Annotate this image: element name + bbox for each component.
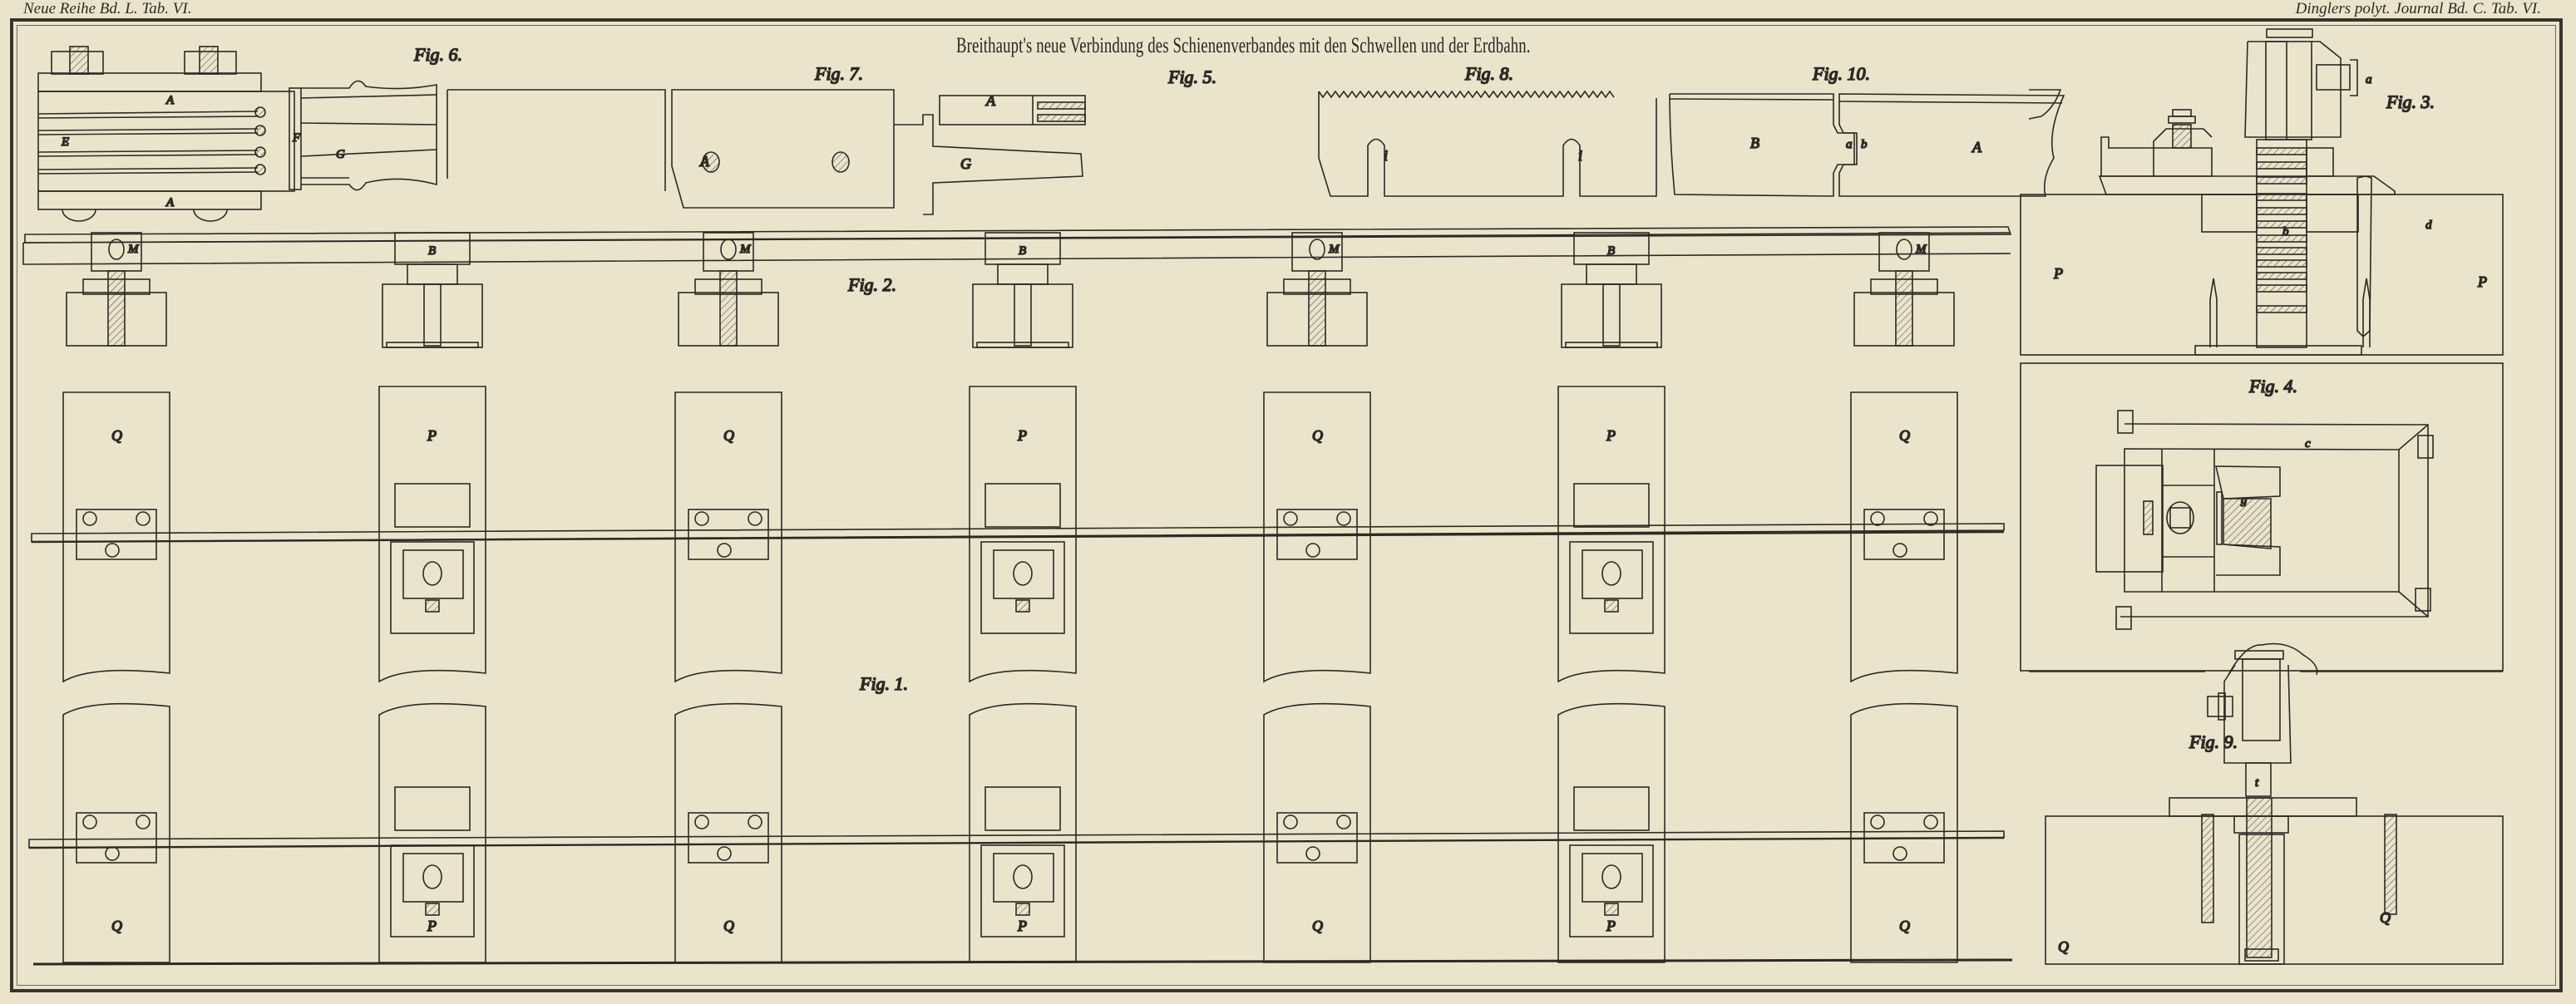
fig6-part-A: A — [165, 94, 175, 107]
fig10-label: Fig. 10. — [1812, 63, 1870, 84]
fig10-part-B: B — [1750, 135, 1759, 151]
fig10-part-b: b — [1861, 138, 1868, 151]
svg-text:Q: Q — [723, 918, 734, 934]
fig1-label: Fig. 1. — [859, 673, 908, 694]
fig1-sleeper-P: PP — [970, 386, 1076, 962]
svg-text:P: P — [1017, 427, 1027, 444]
fig1-sleeper-Q: QQ — [675, 392, 782, 962]
fig1-sleeper-Q: QQ — [63, 392, 170, 962]
fig2-joint-M: M — [1854, 233, 1954, 346]
fig6-part-G: G — [336, 148, 345, 161]
fig6-drawing — [38, 47, 665, 221]
fig8-part-i: i — [1384, 147, 1388, 164]
fig5-drawing — [940, 96, 1085, 125]
fig9-part-Q: Q — [2058, 938, 2069, 955]
fig9-part-Q2: Q — [2380, 909, 2391, 926]
fig2-joint-M: M — [1267, 233, 1367, 346]
fig1-plan: QQPPQQPPQQPPQQ — [29, 386, 2012, 964]
fig3-drawing — [2021, 29, 2503, 355]
fig6-part-F: F — [292, 131, 301, 145]
fig8-drawing — [1319, 91, 1656, 196]
fig3-part-a: a — [2366, 73, 2372, 86]
fig5-part-G: G — [960, 155, 971, 172]
svg-text:M: M — [127, 243, 140, 256]
fig1-sleeper-Q: QQ — [1264, 392, 1370, 962]
svg-text:Q: Q — [111, 427, 122, 444]
svg-text:Q: Q — [1312, 427, 1323, 444]
svg-text:P: P — [1017, 918, 1027, 934]
fig2-label: Fig. 2. — [847, 274, 896, 295]
fig1-sleeper-Q: QQ — [1851, 392, 1957, 962]
svg-text:P: P — [1606, 427, 1616, 444]
fig3-part-d: d — [2425, 219, 2432, 232]
svg-text:Q: Q — [1899, 427, 1910, 444]
svg-text:Q: Q — [1899, 918, 1910, 934]
fig2-joint-B: B — [973, 233, 1073, 347]
fig2-joint-B: B — [382, 233, 482, 347]
svg-text:Q: Q — [1312, 918, 1323, 934]
fig10-part-A: A — [1971, 139, 1982, 155]
fig3-part-b: b — [2282, 225, 2289, 239]
svg-text:P: P — [427, 918, 437, 934]
fig8-label: Fig. 8. — [1464, 63, 1513, 84]
fig9-label: Fig. 9. — [2189, 731, 2238, 752]
svg-text:P: P — [1606, 918, 1616, 934]
fig3-part-P: P — [2053, 265, 2063, 282]
svg-text:M: M — [1328, 243, 1340, 256]
fig7-part-A2: A — [699, 153, 710, 170]
fig2-joint-M: M — [67, 233, 166, 346]
engraving-plate: Neue Reihe Bd. L. Tab. VI. Dinglers poly… — [0, 0, 2576, 1004]
fig2-supports: MBMBMBM — [67, 233, 1954, 347]
fig9-drawing — [2029, 651, 2503, 964]
svg-text:M: M — [739, 243, 752, 256]
fig4-label: Fig. 4. — [2248, 376, 2297, 396]
svg-text:B: B — [1607, 244, 1615, 258]
fig9-part-t: t — [2255, 776, 2259, 790]
fig3-label: Fig. 3. — [2386, 91, 2435, 112]
fig4-part-g: g — [2241, 494, 2248, 507]
fig2-joint-B: B — [1562, 233, 1661, 347]
fig10-part-a: a — [1846, 138, 1853, 151]
fig1-sleeper-P: PP — [379, 386, 486, 962]
svg-text:M: M — [1915, 243, 1927, 256]
fig3-part-P2: P — [2477, 273, 2487, 290]
fig7-label: Fig. 7. — [814, 63, 863, 84]
fig6-part-A2: A — [165, 196, 175, 209]
fig7-part-A: A — [985, 92, 996, 109]
svg-text:P: P — [427, 427, 437, 444]
fig4-drawing — [2021, 363, 2503, 675]
svg-text:B: B — [428, 244, 436, 258]
fig7-drawing — [672, 90, 1083, 214]
fig2-joint-M: M — [679, 233, 778, 346]
fig8-part-i2: i — [1578, 147, 1582, 164]
technical-drawing: MBMBMBM QQPPQQPPQQPPQQ — [0, 0, 2576, 1004]
fig6-part-E: E — [61, 135, 69, 149]
svg-text:Q: Q — [723, 427, 734, 444]
fig4-part-c: c — [2305, 437, 2311, 450]
fig6-label: Fig. 6. — [413, 44, 462, 65]
fig5-label: Fig. 5. — [1167, 66, 1216, 87]
svg-text:B: B — [1019, 244, 1026, 258]
svg-text:Q: Q — [111, 918, 122, 934]
fig1-sleeper-P: PP — [1558, 386, 1665, 962]
